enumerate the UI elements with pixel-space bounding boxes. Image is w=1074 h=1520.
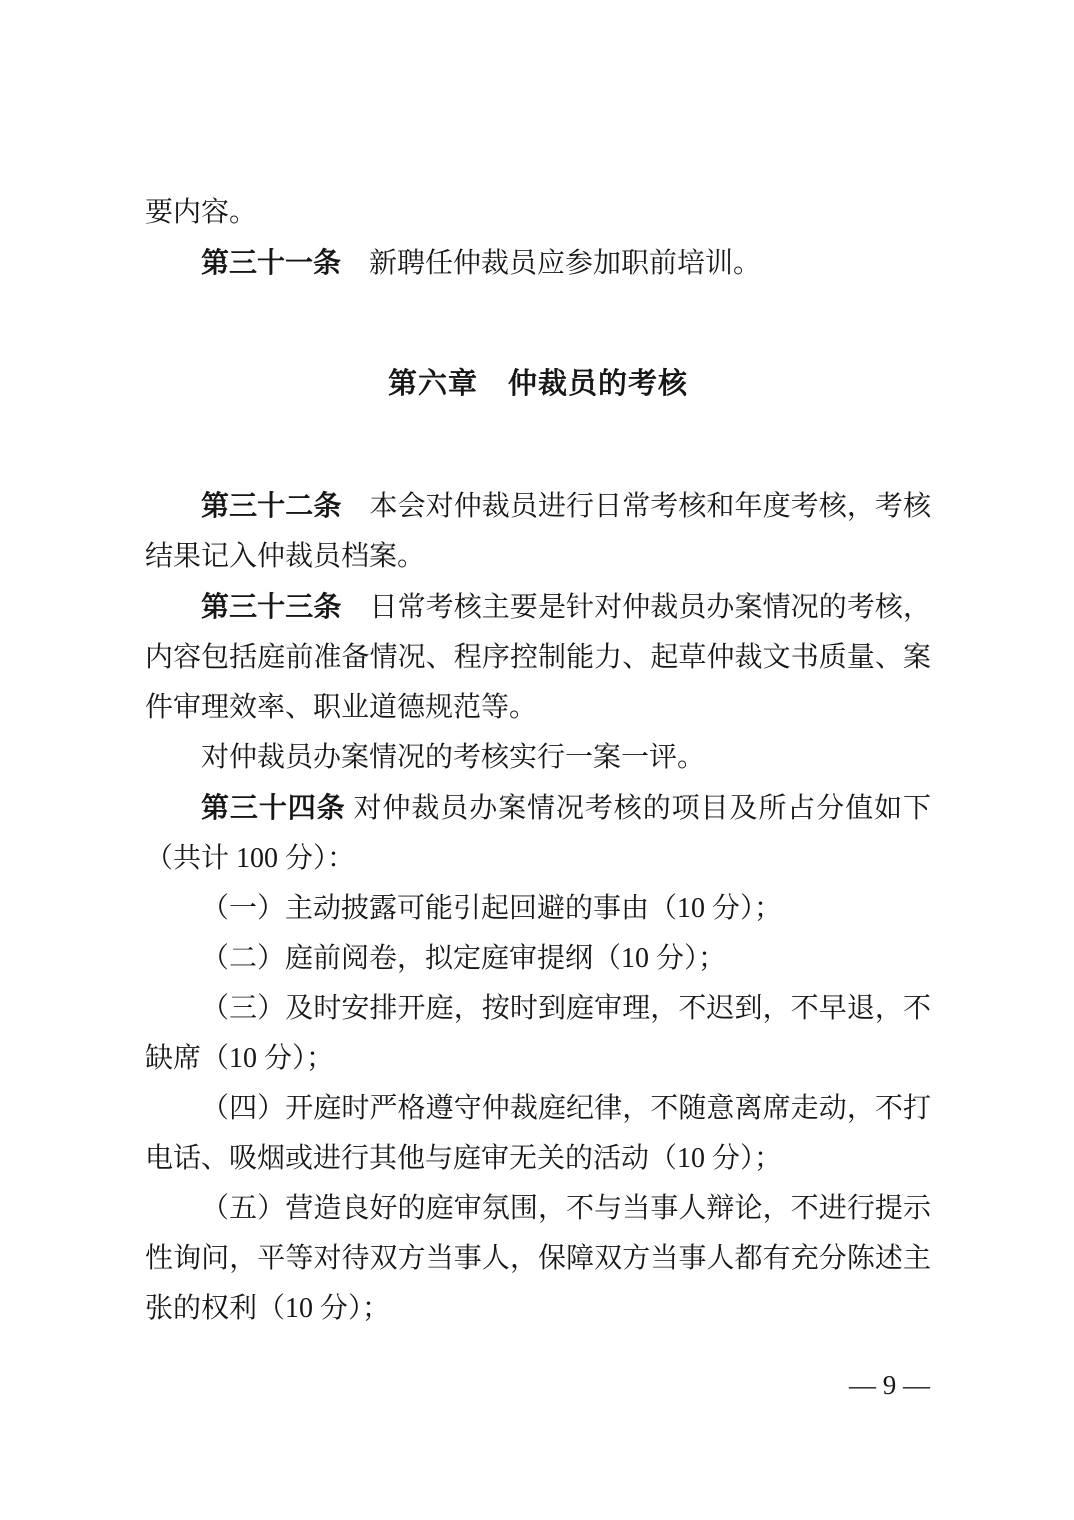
continuation-text: 要内容。 [145, 197, 257, 228]
article-31-term: 第三十一条 [201, 247, 341, 278]
article-31-text: 新聘任仲裁员应参加职前培训。 [341, 248, 761, 279]
list-item-3-text: （三）及时安排开庭，按时到庭审理，不迟到，不早退，不缺席（10 分）； [145, 993, 931, 1074]
list-item-1-text: （一）主动披露可能引起回避的事由（10 分）； [201, 893, 782, 924]
document-body: 要内容。 第三十一条 新聘任仲裁员应参加职前培训。 第六章 仲裁员的考核 第三十… [145, 188, 931, 1334]
list-item-2-text: （二）庭前阅卷，拟定庭审提纲（10 分）； [201, 943, 726, 974]
document-page: 要内容。 第三十一条 新聘任仲裁员应参加职前培训。 第六章 仲裁员的考核 第三十… [0, 0, 1074, 1520]
list-item-5-text: （五）营造良好的庭审氛围，不与当事人辩论，不进行提示性询问，平等对待双方当事人，… [145, 1193, 931, 1324]
paragraph-continuation: 要内容。 [145, 188, 931, 238]
list-item-1: （一）主动披露可能引起回避的事由（10 分）； [145, 884, 931, 934]
list-item-3: （三）及时安排开庭，按时到庭审理，不迟到，不早退，不缺席（10 分）； [145, 984, 931, 1084]
page-number: — 9 — [849, 1370, 930, 1400]
article-34: 第三十四条 对仲裁员办案情况考核的项目及所占分值如下（共计 100 分）： [145, 783, 931, 884]
article-31: 第三十一条 新聘任仲裁员应参加职前培训。 [145, 238, 931, 289]
article-33-paragraph-2-text: 对仲裁员办案情况的考核实行一案一评。 [201, 742, 705, 773]
list-item-2: （二）庭前阅卷，拟定庭审提纲（10 分）； [145, 934, 931, 984]
chapter-heading: 第六章 仲裁员的考核 [145, 359, 931, 409]
article-32-term: 第三十二条 [201, 490, 341, 521]
article-33: 第三十三条 日常考核主要是针对仲裁员办案情况的考核，内容包括庭前准备情况、程序控… [145, 582, 931, 733]
article-33-term: 第三十三条 [201, 591, 341, 622]
article-32: 第三十二条 本会对仲裁员进行日常考核和年度考核，考核结果记入仲裁员档案。 [145, 481, 931, 582]
article-33-paragraph-2: 对仲裁员办案情况的考核实行一案一评。 [145, 733, 931, 783]
list-item-4-text: （四）开庭时严格遵守仲裁庭纪律，不随意离席走动，不打电话、吸烟或进行其他与庭审无… [145, 1093, 931, 1174]
article-34-term: 第三十四条 [201, 792, 346, 823]
list-item-5: （五）营造良好的庭审氛围，不与当事人辩论，不进行提示性询问，平等对待双方当事人，… [145, 1184, 931, 1334]
list-item-4: （四）开庭时严格遵守仲裁庭纪律，不随意离席走动，不打电话、吸烟或进行其他与庭审无… [145, 1084, 931, 1184]
page-footer: — 9 — [849, 1362, 930, 1408]
